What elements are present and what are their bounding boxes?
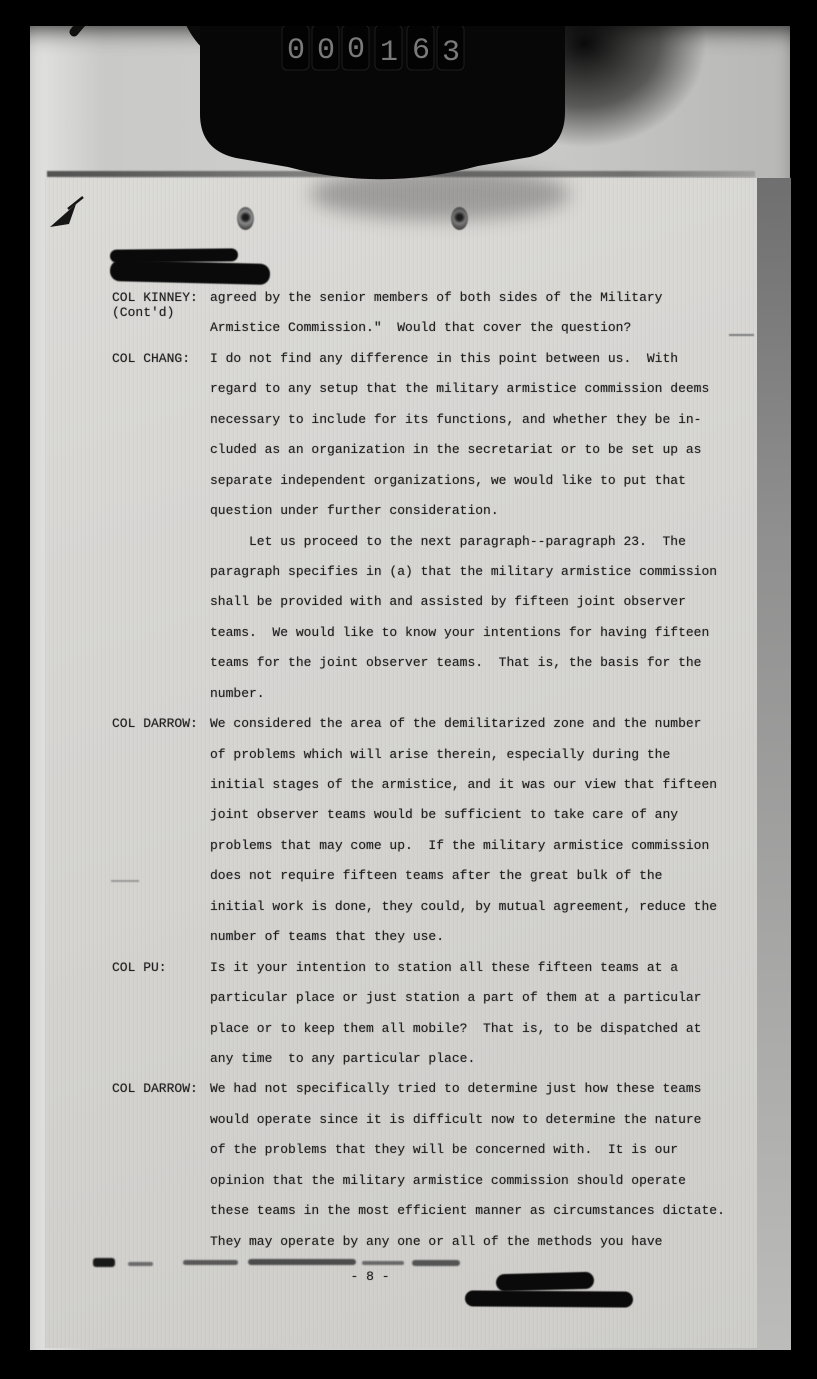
- speaker-label: COL DARROW:: [112, 709, 198, 739]
- transcript-line: initial stages of the armistice, and it …: [112, 770, 762, 800]
- transcript-line: Armistice Commission." Would that cover …: [112, 313, 762, 343]
- transcript-line: any time to any particular place.: [112, 1044, 762, 1074]
- transcript-line: would operate since it is difficult now …: [112, 1105, 762, 1135]
- transcript-line: number.: [112, 679, 762, 709]
- counter-digit: 0: [287, 34, 305, 68]
- transcript-line: initial work is done, they could, by mut…: [112, 892, 762, 922]
- transcript-line: regard to any setup that the military ar…: [112, 374, 762, 404]
- speaker-label: COL CHANG:: [112, 344, 190, 374]
- transcript-line: problems that may come up. If the milita…: [112, 831, 762, 861]
- redaction-bar: [110, 260, 270, 285]
- redaction-bar: [496, 1272, 594, 1292]
- speaker-label: COL PU:: [112, 953, 167, 983]
- transcript-line: teams. We would like to know your intent…: [112, 618, 762, 648]
- transcript-line: paragraph specifies in (a) that the mili…: [112, 557, 762, 587]
- film-frame-edge: [0, 0, 30, 1379]
- transcript-line: shall be provided with and assisted by f…: [112, 587, 762, 617]
- microfilm-scan: COL KINNEY: (Cont'd) agreed by the senio…: [0, 0, 817, 1379]
- transcript-line: COL DARROW: We had not specifically trie…: [112, 1074, 762, 1104]
- speaker-label: COL DARROW:: [112, 1074, 198, 1104]
- redaction-bar: [465, 1290, 633, 1307]
- film-frame-edge: [0, 1350, 817, 1379]
- transcript-line: COL KINNEY: (Cont'd) agreed by the senio…: [112, 283, 762, 313]
- transcript-line: of the problems that they will be concer…: [112, 1135, 762, 1165]
- transcript-line: particular place or just station a part …: [112, 983, 762, 1013]
- transcript-line: number of teams that they use.: [112, 922, 762, 952]
- film-frame-edge: [0, 0, 817, 26]
- counter-digit: 3: [442, 36, 460, 70]
- transcript-line: joint observer teams would be sufficient…: [112, 800, 762, 830]
- transcript-line: these teams in the most efficient manner…: [112, 1196, 762, 1226]
- counter-digit: 6: [412, 34, 430, 68]
- document-page: COL KINNEY: (Cont'd) agreed by the senio…: [45, 178, 757, 1348]
- transcript-line: question under further consideration.: [112, 496, 762, 526]
- counter-digit: 0: [347, 33, 365, 67]
- transcript-line: of problems which will arise therein, es…: [112, 740, 762, 770]
- page-edge-shadow: [757, 178, 791, 1352]
- transcript-line: Let us proceed to the next paragraph--pa…: [112, 527, 762, 557]
- transcript-line: teams for the joint observer teams. That…: [112, 648, 762, 678]
- punch-hole: [237, 207, 254, 230]
- page-number: - 8 -: [338, 1267, 402, 1287]
- transcript-line: COL DARROW: We considered the area of th…: [112, 709, 762, 739]
- counter-digit: 0: [317, 34, 335, 68]
- transcript-line: necessary to include for its functions, …: [112, 405, 762, 435]
- frame-counter-device: 0 0 0 1 6 3: [60, 0, 580, 200]
- transcript-line: place or to keep them all mobile? That i…: [112, 1014, 762, 1044]
- transcript-line: does not require fifteen teams after the…: [112, 861, 762, 891]
- film-frame-edge: [791, 0, 817, 1379]
- transcript-line: They may operate by any one or all of th…: [112, 1227, 762, 1257]
- transcript-line: opinion that the military armistice comm…: [112, 1166, 762, 1196]
- transcript-line: cluded as an organization in the secreta…: [112, 435, 762, 465]
- transcript-line: COL PU: Is it your intention to station …: [112, 953, 762, 983]
- transcript-line: COL CHANG: I do not find any difference …: [112, 344, 762, 374]
- transcript-line: separate independent organizations, we w…: [112, 466, 762, 496]
- counter-digit: 1: [380, 36, 398, 70]
- transcript: COL KINNEY: (Cont'd) agreed by the senio…: [112, 283, 762, 1257]
